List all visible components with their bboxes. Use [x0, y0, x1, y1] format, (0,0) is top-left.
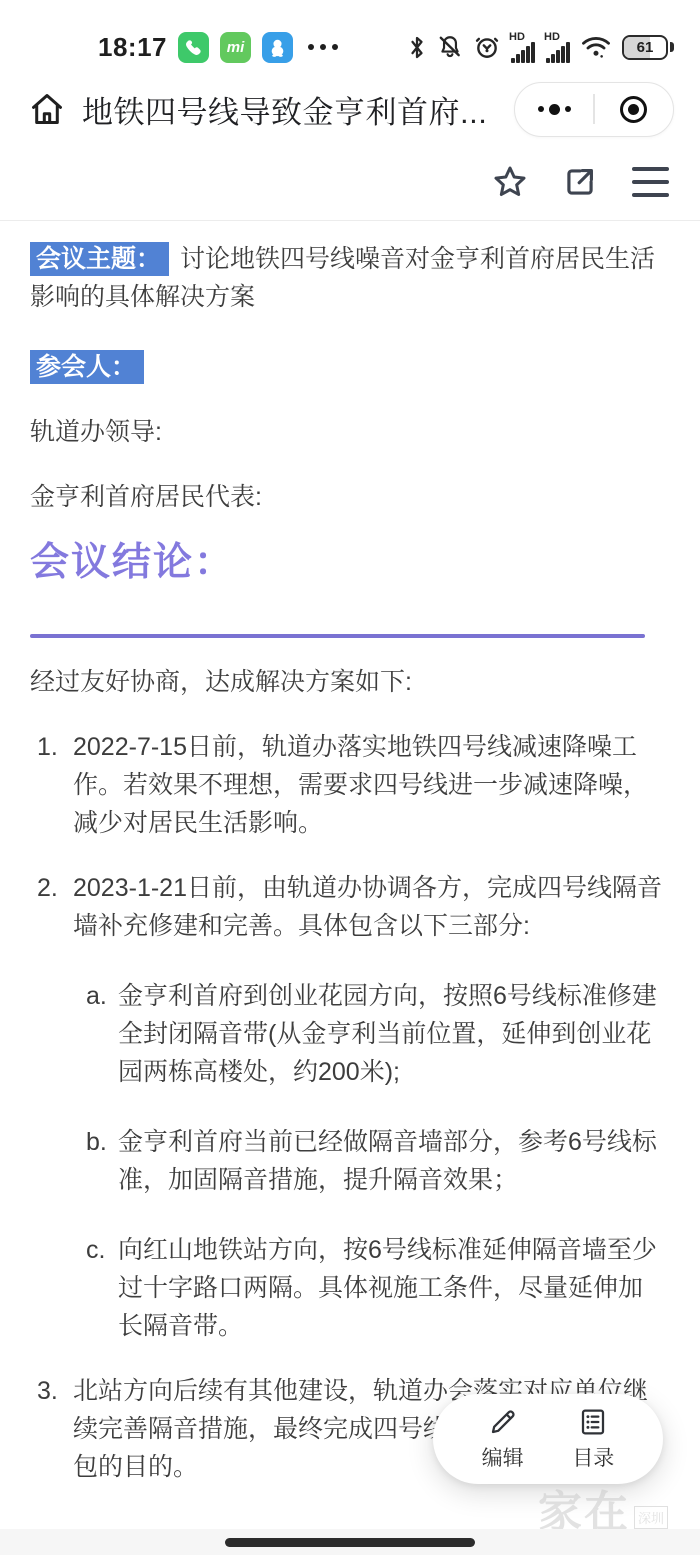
floating-action-pill: 编辑 目录 [433, 1394, 663, 1484]
toc-list-icon [577, 1406, 609, 1438]
participants-label-highlight: 参会人： [30, 350, 144, 384]
mute-icon [437, 34, 463, 60]
battery-icon: 61 [622, 35, 668, 60]
phone-app-icon [178, 32, 209, 63]
target-icon [620, 96, 647, 123]
more-menu-button[interactable] [515, 104, 593, 115]
sub-list-item: b. 金亨利首府当前已经做隔音墙部分，参考6号线标准，加固隔音措施，提升隔音效果… [30, 1123, 662, 1199]
share-external-link-button[interactable] [560, 162, 600, 202]
document-body: 会议主题：讨论地铁四号线噪音对金亨利首府居民生活影响的具体解决方案 参会人： 轨… [0, 222, 700, 1486]
bluetooth-icon [408, 34, 426, 61]
status-bar: 18:17 mi HD HD [0, 22, 700, 72]
edit-button[interactable]: 编辑 [482, 1406, 524, 1472]
participant-1: 轨道办领导: [30, 413, 662, 451]
pencil-icon [487, 1406, 519, 1438]
status-time: 18:17 [98, 32, 167, 63]
participants-paragraph: 参会人： [30, 348, 662, 386]
toc-button[interactable]: 目录 [572, 1406, 614, 1472]
purple-divider [30, 634, 645, 638]
conclusion-heading: 会议结论： [30, 541, 662, 585]
page-title: 地铁四号线导致金亨利首府... [82, 87, 514, 132]
subject-label-highlight: 会议主题： [30, 242, 169, 276]
qq-app-icon [262, 32, 293, 63]
mi-app-icon: mi [220, 32, 251, 63]
miniprogram-capsule [514, 82, 674, 137]
intro-paragraph: 经过友好协商，达成解决方案如下: [30, 663, 662, 701]
sub-list-item: c. 向红山地铁站方向，按6号线标准延伸隔音墙至少过十字路口两隔。具体视施工条件… [30, 1231, 662, 1345]
sub-list-item: a. 金亨利首府到创业花园方向，按照6号线标准修建全封闭隔音带(从金亨利当前位置… [30, 977, 662, 1091]
menu-hamburger-button[interactable] [630, 162, 670, 202]
app-header: 地铁四号线导致金亨利首府... [0, 74, 700, 144]
wifi-icon [581, 34, 611, 60]
home-icon[interactable] [28, 90, 66, 128]
solution-list: 1. 2022-7-15日前，轨道办落实地铁四号线减速降噪工作。若效果不理想，需… [30, 728, 662, 1486]
list-item: 2. 2023-1-21日前，由轨道办协调各方，完成四号线隔音墙补充修建和完善。… [30, 869, 662, 945]
home-indicator-bar[interactable] [225, 1538, 475, 1547]
participant-2: 金亨利首府居民代表: [30, 478, 662, 516]
alarm-icon [474, 34, 500, 60]
favorite-star-button[interactable] [490, 162, 530, 202]
list-item: 1. 2022-7-15日前，轨道办落实地铁四号线减速降噪工作。若效果不理想，需… [30, 728, 662, 842]
close-miniprogram-button[interactable] [595, 96, 673, 123]
status-more-icon [308, 44, 338, 50]
document-toolbar [0, 144, 700, 221]
sim1-signal-icon: HD [511, 32, 535, 63]
sim2-signal-icon: HD [546, 32, 570, 63]
subject-paragraph: 会议主题：讨论地铁四号线噪音对金亨利首府居民生活影响的具体解决方案 [30, 240, 662, 316]
